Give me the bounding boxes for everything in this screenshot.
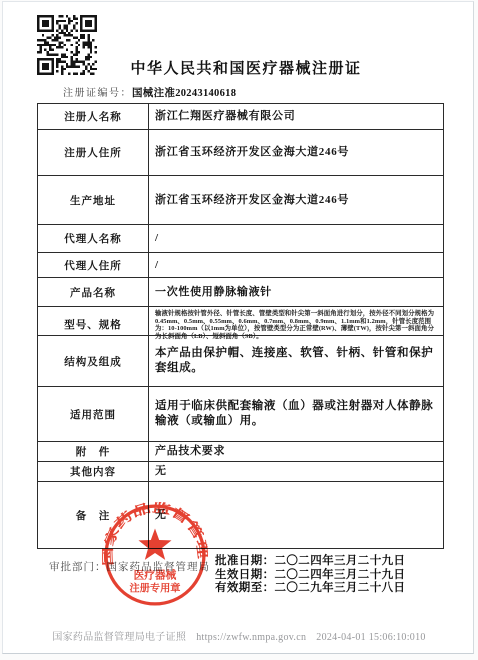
- row-registrant-address: 注册人住所 浙江省玉环经济开发区金海大道246号: [38, 130, 443, 176]
- row-attachment: 附 件 产品技术要求: [38, 442, 443, 462]
- row-value: 本产品由保护帽、连接座、软管、针柄、针管和保护套组成。: [149, 336, 443, 386]
- row-value: 无: [149, 462, 443, 481]
- row-value: 浙江省玉环经济开发区金海大道246号: [149, 130, 443, 175]
- cert-number-label: 注册证编号：: [63, 88, 132, 99]
- page-title: 中华人民共和国医疗器械注册证: [0, 57, 478, 78]
- row-value: 一次性使用静脉输液针: [149, 278, 443, 306]
- row-label: 代理人住所: [38, 253, 149, 277]
- expiry-date-label: 有效期至：: [215, 582, 275, 594]
- footer-issuer: 国家药品监督管理局电子证照: [52, 632, 186, 643]
- row-model-spec: 型号、规格 输液针规格按针管外径、针管长度、管壁类型和针尖第一斜面角进行划分，按…: [38, 307, 443, 336]
- row-label: 其他内容: [38, 462, 149, 481]
- seal-line2: 注册专用章: [130, 582, 181, 595]
- row-product-name: 产品名称 一次性使用静脉输液针: [38, 278, 443, 307]
- row-label: 注册人名称: [38, 104, 149, 129]
- cert-number-value: 国械注准20243140618: [132, 88, 236, 99]
- row-label: 代理人名称: [38, 225, 149, 252]
- row-agent-name: 代理人名称 /: [38, 225, 443, 253]
- seal-line1: 医疗器械: [134, 568, 177, 581]
- row-label: 附 件: [38, 442, 149, 461]
- row-value: 适用于临床供配套输液（血）器或注射器对人体静脉输液（或输血）用。: [149, 387, 443, 441]
- effective-date-label: 生效日期：: [215, 569, 275, 581]
- row-value: 产品技术要求: [149, 442, 443, 461]
- row-label: 生产地址: [38, 176, 149, 224]
- row-label: 适用范围: [38, 387, 149, 441]
- row-label: 结构及组成: [38, 336, 149, 386]
- row-scope-of-application: 适用范围 适用于临床供配套输液（血）器或注射器对人体静脉输液（或输血）用。: [38, 387, 443, 442]
- row-value: 浙江省玉环经济开发区金海大道246号: [149, 176, 443, 224]
- effective-date-value: 二〇二四年三月二十九日: [275, 569, 406, 581]
- row-value: /: [149, 225, 443, 252]
- electronic-license-footer: 国家药品监督管理局电子证照https://zwfw.nmpa.gov.cn202…: [0, 628, 478, 643]
- dates-block: 批准日期：二〇二四年三月二十九日 生效日期：二〇二四年三月二十九日 有效期至：二…: [215, 555, 405, 596]
- cert-number-line: 注册证编号：国械注准20243140618: [63, 84, 236, 100]
- approval-date-label: 批准日期：: [215, 555, 275, 567]
- certificate-table: 注册人名称 浙江仁翔医疗器械有限公司 注册人住所 浙江省玉环经济开发区金海大道2…: [37, 103, 444, 549]
- row-registrant-name: 注册人名称 浙江仁翔医疗器械有限公司: [38, 104, 443, 130]
- approval-department-label: 审批部门：: [49, 562, 107, 573]
- approval-date-value: 二〇二四年三月二十九日: [275, 555, 406, 567]
- effective-date-line: 生效日期：二〇二四年三月二十九日: [215, 569, 405, 583]
- row-agent-address: 代理人住所 /: [38, 253, 443, 278]
- row-other-content: 其他内容 无: [38, 462, 443, 482]
- official-seal: 国家药品监督管理局 医疗器械 注册专用章: [102, 502, 208, 608]
- row-value: /: [149, 253, 443, 277]
- row-remarks: 备 注 无: [38, 482, 443, 548]
- expiry-date-value: 二〇二九年三月二十八日: [275, 582, 406, 594]
- row-production-address: 生产地址 浙江省玉环经济开发区金海大道246号: [38, 176, 443, 225]
- star-icon: [138, 529, 171, 560]
- row-label: 注册人住所: [38, 130, 149, 175]
- expiry-date-line: 有效期至：二〇二九年三月二十八日: [215, 582, 405, 596]
- row-label: 产品名称: [38, 278, 149, 306]
- footer-timestamp: 2024-04-01 15:06:10:010: [316, 632, 425, 643]
- row-value: 浙江仁翔医疗器械有限公司: [149, 104, 443, 129]
- approval-date-line: 批准日期：二〇二四年三月二十九日: [215, 555, 405, 569]
- row-structure-composition: 结构及组成 本产品由保护帽、连接座、软管、针柄、针管和保护套组成。: [38, 336, 443, 387]
- footer-url: https://zwfw.nmpa.gov.cn: [196, 632, 306, 643]
